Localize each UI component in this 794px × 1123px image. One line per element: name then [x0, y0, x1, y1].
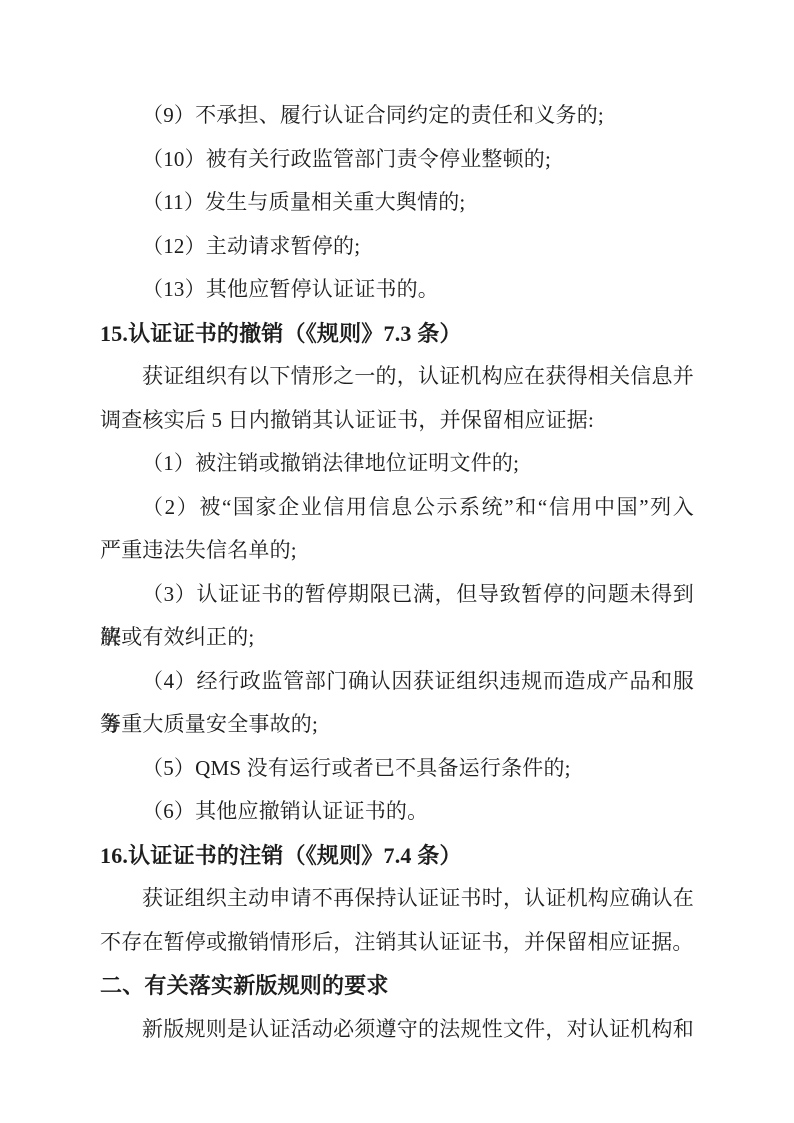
section-heading-16: 16.认证证书的注销（《规则》7.4 条） — [100, 834, 694, 878]
list-item-13: （13）其他应暂停认证证书的。 — [100, 268, 694, 312]
list-item-2-line2: 严重违法失信名单的; — [100, 529, 694, 573]
list-item-10: （10）被有关行政监管部门责令停业整顿的; — [100, 138, 694, 182]
document-page: （9）不承担、履行认证合同约定的责任和义务的; （10）被有关行政监管部门责令停… — [0, 0, 794, 1123]
paragraph-line: 获证组织主动申请不再保持认证证书时，认证机构应确认在 — [100, 877, 694, 921]
list-item-3-line2: 决或有效纠正的; — [100, 616, 694, 660]
paragraph-line: 不存在暂停或撤销情形后，注销其认证证书，并保留相应证据。 — [100, 921, 694, 965]
list-item-6: （6）其他应撤销认证证书的。 — [100, 790, 694, 834]
paragraph-line: 新版规则是认证活动必须遵守的法规性文件，对认证机构和 — [100, 1008, 694, 1052]
list-item-11: （11）发生与质量相关重大舆情的; — [100, 181, 694, 225]
paragraph-line: 调查核实后 5 日内撤销其认证证书，并保留相应证据: — [100, 399, 694, 443]
paragraph-line: 获证组织有以下情形之一的，认证机构应在获得相关信息并 — [100, 355, 694, 399]
list-item-9: （9）不承担、履行认证合同约定的责任和义务的; — [100, 94, 694, 138]
list-item-4-line2: 等重大质量安全事故的; — [100, 703, 694, 747]
document-body: （9）不承担、履行认证合同约定的责任和义务的; （10）被有关行政监管部门责令停… — [100, 94, 694, 1051]
section-heading-2: 二、有关落实新版规则的要求 — [100, 964, 694, 1008]
list-item-5: （5）QMS 没有运行或者已不具备运行条件的; — [100, 747, 694, 791]
list-item-3-line1: （3）认证证书的暂停期限已满，但导致暂停的问题未得到解 — [100, 573, 694, 617]
list-item-1: （1）被注销或撤销法律地位证明文件的; — [100, 442, 694, 486]
list-item-4-line1: （4）经行政监管部门确认因获证组织违规而造成产品和服务 — [100, 660, 694, 704]
list-item-2-line1: （2）被“国家企业信用信息公示系统”和“信用中国”列入 — [100, 486, 694, 530]
section-heading-15: 15.认证证书的撤销（《规则》7.3 条） — [100, 312, 694, 356]
list-item-12: （12）主动请求暂停的; — [100, 225, 694, 269]
